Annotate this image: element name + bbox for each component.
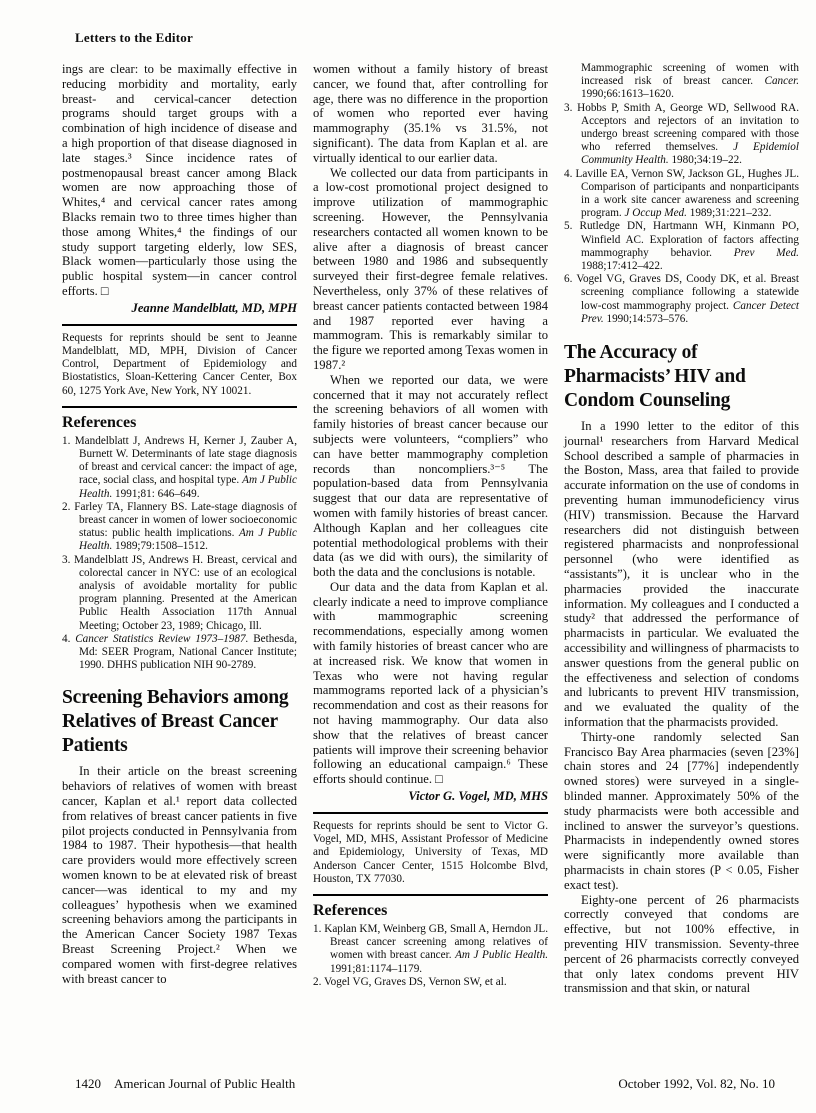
reference-text: 1980;34:19–22. bbox=[669, 154, 742, 166]
reference-journal: J Occup Med. bbox=[625, 207, 687, 219]
reference-number: 1. bbox=[313, 923, 324, 935]
reference-item: 3. Mandelblatt JS, Andrews H. Breast, ce… bbox=[62, 554, 297, 633]
reference-number: 2. bbox=[313, 976, 324, 988]
column-1: ings are clear: to be maximally effectiv… bbox=[62, 62, 297, 996]
journal-page: Letters to the Editor ings are clear: to… bbox=[0, 0, 816, 1113]
journal-name: American Journal of Public Health bbox=[114, 1076, 295, 1091]
reference-item: 4. Cancer Statistics Review 1973–1987. B… bbox=[62, 633, 297, 673]
divider-rule bbox=[313, 812, 548, 814]
reference-text: 1989;31:221–232. bbox=[687, 207, 772, 219]
reference-number: 4. bbox=[564, 168, 576, 180]
reference-text: 1990;14:573–576. bbox=[604, 313, 689, 325]
letter2-opening-paragraph: In their article on the breast screening… bbox=[62, 764, 297, 986]
letter2-title: Screening Behaviors among Relatives of B… bbox=[62, 686, 297, 758]
letter1-continuation-paragraph: ings are clear: to be maximally effectiv… bbox=[62, 62, 297, 299]
letter1-reprint-note: Requests for reprints should be sent to … bbox=[62, 332, 297, 398]
reference-item: 1. Kaplan KM, Weinberg GB, Small A, Hern… bbox=[313, 923, 548, 976]
reference-number: 3. bbox=[62, 554, 74, 566]
divider-rule bbox=[62, 324, 297, 326]
section-kicker: Letters to the Editor bbox=[75, 30, 193, 46]
letter1-references-heading: References bbox=[62, 414, 297, 432]
reference-text: 1989;79:1508–1512. bbox=[112, 540, 208, 552]
divider-rule bbox=[62, 406, 297, 408]
reference-number: 2. bbox=[62, 501, 74, 513]
reference-journal: Cancer. bbox=[765, 75, 800, 87]
reference-text: 1991;81:1174–1179. bbox=[330, 963, 422, 975]
letter3-title: The Accuracy of Pharmacists’ HIV and Con… bbox=[564, 341, 799, 413]
reference-item: 2. Farley TA, Flannery BS. Late-stage di… bbox=[62, 501, 297, 554]
column-2: women without a family history of breast… bbox=[313, 62, 548, 996]
reference-text: Mandelblatt JS, Andrews H. Breast, cervi… bbox=[74, 554, 297, 632]
letter1-signature: Jeanne Mandelblatt, MD, MPH bbox=[62, 301, 297, 316]
reference-journal: Am J Public Health. bbox=[455, 949, 548, 961]
reference-number: 5. bbox=[564, 220, 579, 232]
letter2-references-continued-list: Mammographic screening of women with inc… bbox=[564, 62, 799, 326]
reference-journal: Prev Med. bbox=[734, 247, 799, 259]
letter2-references-heading: References bbox=[313, 902, 548, 920]
letter2-paragraph: women without a family history of breast… bbox=[313, 62, 548, 166]
letter2-references-list: 1. Kaplan KM, Weinberg GB, Small A, Hern… bbox=[313, 923, 548, 989]
reference-item-continuation: Mammographic screening of women with inc… bbox=[564, 62, 799, 102]
reference-number: 3. bbox=[564, 102, 577, 114]
letter2-signature: Victor G. Vogel, MD, MHS bbox=[313, 789, 548, 804]
column-3: Mammographic screening of women with inc… bbox=[564, 62, 799, 996]
letter2-paragraph: When we reported our data, we were conce… bbox=[313, 373, 548, 580]
divider-rule bbox=[313, 894, 548, 896]
reference-text: 1990;66:1613–1620. bbox=[581, 88, 674, 100]
footer-left: 1420American Journal of Public Health bbox=[62, 1076, 295, 1091]
letter3-paragraph: Eighty-one percent of 26 pharmacists cor… bbox=[564, 893, 799, 997]
letter1-references-list: 1. Mandelblatt J, Andrews H, Kerner J, Z… bbox=[62, 435, 297, 673]
reference-text: Vogel VG, Graves DS, Vernon SW, et al. bbox=[324, 976, 507, 988]
page-footer: 1420American Journal of Public Health Oc… bbox=[62, 1076, 775, 1091]
letter2-paragraph: We collected our data from participants … bbox=[313, 166, 548, 373]
reference-number: 6. bbox=[564, 273, 576, 285]
page-number: 1420 bbox=[75, 1076, 101, 1091]
reference-item: 5. Rutledge DN, Hartmann WH, Kinmann PO,… bbox=[564, 220, 799, 273]
reference-item: 1. Mandelblatt J, Andrews H, Kerner J, Z… bbox=[62, 435, 297, 501]
issue-info: October 1992, Vol. 82, No. 10 bbox=[618, 1076, 775, 1091]
reference-item: 4. Laville EA, Vernon SW, Jackson GL, Hu… bbox=[564, 168, 799, 221]
reference-text: 1991;81: 646–649. bbox=[112, 488, 199, 500]
reference-text: 1988;17:412–422. bbox=[581, 260, 663, 272]
reference-item: 3. Hobbs P, Smith A, George WD, Sellwood… bbox=[564, 102, 799, 168]
reference-number: 1. bbox=[62, 435, 75, 447]
letter2-paragraph: Our data and the data from Kaplan et al.… bbox=[313, 580, 548, 787]
letter3-paragraph: Thirty-one randomly selected San Francis… bbox=[564, 730, 799, 893]
letter2-reprint-note: Requests for reprints should be sent to … bbox=[313, 820, 548, 886]
reference-number: 4. bbox=[62, 633, 75, 645]
column-layout: ings are clear: to be maximally effectiv… bbox=[62, 62, 800, 996]
letter3-paragraph: In a 1990 letter to the editor of this j… bbox=[564, 419, 799, 730]
reference-journal: Cancer Statistics Review 1973–1987. bbox=[75, 633, 248, 645]
reference-item: 6. Vogel VG, Graves DS, Coody DK, et al.… bbox=[564, 273, 799, 326]
reference-item: 2. Vogel VG, Graves DS, Vernon SW, et al… bbox=[313, 976, 548, 989]
